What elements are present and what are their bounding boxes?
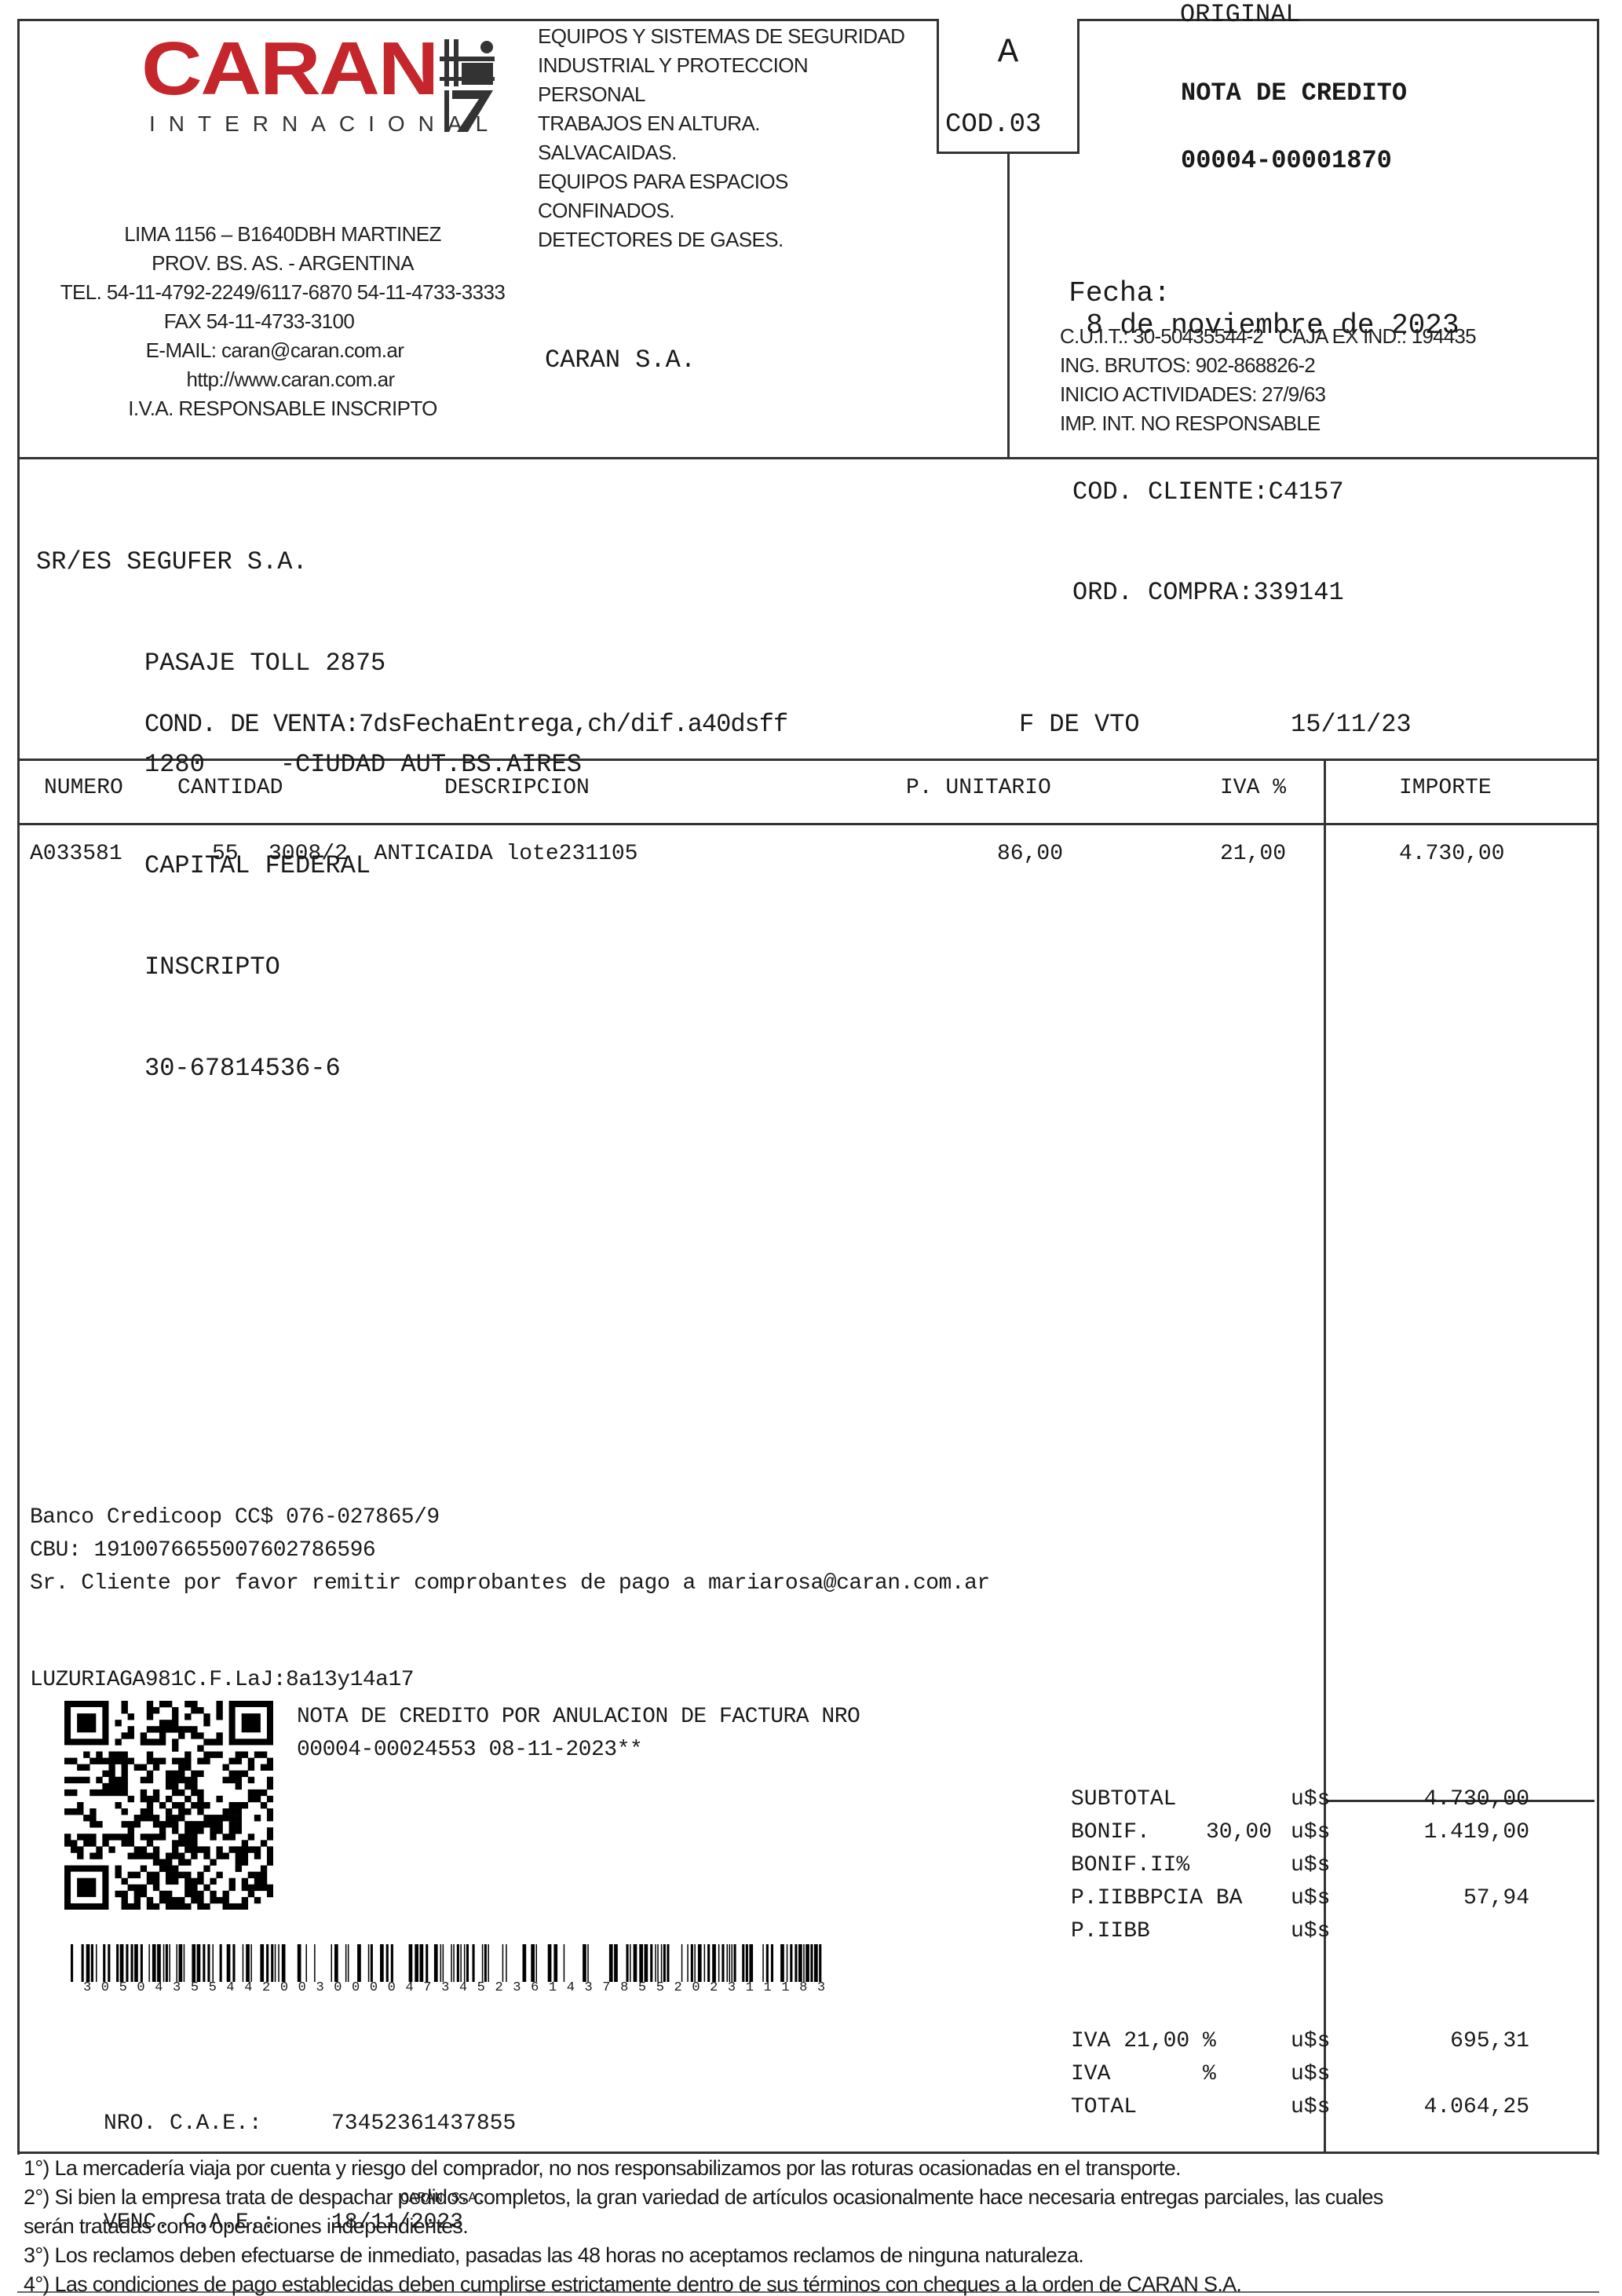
col-header-cantidad: CANTIDAD <box>177 776 283 800</box>
totals-value: 1.419,00 <box>1335 1820 1529 1844</box>
internal-tax-line: IMP. INT. NO RESPONSABLE <box>1060 409 1476 438</box>
totals-label: P.IIBBPCIA BA <box>1071 1886 1242 1910</box>
totals-pct: 30,00 <box>1206 1820 1272 1844</box>
service-item: SALVACAIDAS. <box>538 138 904 167</box>
col-header-numero: NUMERO <box>44 776 123 800</box>
bank-account: Banco Credicoop CC$ 076-027865/9 <box>30 1501 990 1534</box>
cell-cantidad: 55 <box>212 842 239 866</box>
document-number: 00004-00001870 <box>1181 146 1392 175</box>
client-code: COD. CLIENTE:C4157 <box>1072 477 1344 506</box>
totals-label: BONIF. <box>1071 1820 1150 1844</box>
cae-number: 73452361437855 <box>331 2111 516 2136</box>
iibb-line: ING. BRUTOS: 902-868826-2 <box>1060 351 1476 380</box>
document-letter-box: A COD.03 <box>937 19 1080 154</box>
totals-value: 695,31 <box>1335 2029 1529 2053</box>
date-label: Fecha: <box>1069 277 1171 309</box>
totals-currency: u$s <box>1291 1886 1330 1910</box>
totals-currency: u$s <box>1291 2029 1330 2053</box>
due-date-label: F DE VTO <box>1019 710 1140 739</box>
annulment-note: NOTA DE CREDITO POR ANULACION DE FACTURA… <box>297 1701 860 1767</box>
totals-currency: u$s <box>1291 2062 1330 2086</box>
website-line: http://www.caran.com.ar <box>35 365 546 394</box>
totals-value: 57,94 <box>1335 1886 1529 1910</box>
customer-cuit: 30-67814536-6 <box>144 1051 582 1085</box>
address-line: LIMA 1156 – B1640DBH MARTINEZ <box>20 220 546 249</box>
company-tax-info: C.U.I.T.: 30-50435544-2 CAJA EX IND.: 19… <box>1060 322 1476 438</box>
totals-label: IVA 21,00 % <box>1071 2029 1216 2053</box>
activity-start-line: INICIO ACTIVIDADES: 27/9/63 <box>1060 380 1476 409</box>
frame-top <box>17 19 1599 21</box>
due-date: 15/11/23 <box>1291 710 1412 739</box>
logo-wordmark: CARAN <box>141 31 437 107</box>
totals-label: P.IIBB <box>1071 1919 1150 1943</box>
totals-value: 4.064,25 <box>1335 2095 1529 2119</box>
col-header-iva: IVA % <box>1220 776 1286 800</box>
footer-overprint: CARAN S.A. <box>400 2191 485 2206</box>
sale-conditions: COND. DE VENTA:7dsFechaEntrega,ch/dif.a4… <box>144 710 787 739</box>
phone-line: TEL. 54-11-4792-2249/6117-6870 54-11-473… <box>20 278 546 307</box>
service-item: EQUIPOS Y SISTEMAS DE SEGURIDAD <box>538 22 904 51</box>
importe-column-rule <box>1324 759 1326 2153</box>
service-item: DETECTORES DE GASES. <box>538 225 904 254</box>
totals-currency: u$s <box>1291 1787 1330 1812</box>
customer-name: SEGUFER S.A. <box>126 547 307 576</box>
annulment-invoice: 00004-00024553 08-11-2023** <box>297 1734 860 1767</box>
reference-code: LUZURIAGA981C.F.LaJ:8a13y14a17 <box>30 1668 414 1692</box>
term-3: 3°) Los reclamos deben efectuarse de inm… <box>24 2241 1594 2270</box>
totals-currency: u$s <box>1291 2095 1330 2119</box>
company-logo: CARAN INTERNACIONAL <box>141 31 502 141</box>
company-address: LIMA 1156 – B1640DBH MARTINEZ PROV. BS. … <box>20 220 546 423</box>
customer-address: PASAJE TOLL 2875 <box>144 646 582 680</box>
document-letter: A <box>939 33 1077 72</box>
totals-label: TOTAL <box>1071 2095 1137 2119</box>
term-4: 4°) Las condiciones de pago establecidas… <box>24 2270 1594 2296</box>
qr-code-icon <box>64 1701 273 1910</box>
term-1: 1°) La mercadería viaja por cuenta y rie… <box>24 2154 1594 2183</box>
iva-status-line: I.V.A. RESPONSABLE INSCRIPTO <box>20 394 546 423</box>
service-item: CONFINADOS. <box>538 196 904 225</box>
purchase-order: ORD. COMPRA:339141 <box>1072 578 1344 607</box>
copy-label: ORIGINAL <box>1180 0 1301 30</box>
totals-currency: u$s <box>1291 1853 1330 1877</box>
cell-unitario: 86,00 <box>997 842 1063 866</box>
service-item: TRABAJOS EN ALTURA. <box>538 109 904 138</box>
fax-line: FAX 54-11-4733-3100 <box>0 307 546 336</box>
payment-instructions: Sr. Cliente por favor remitir comprobant… <box>30 1567 990 1600</box>
term-2-cont: serán tratadas como operaciones independ… <box>24 2212 1594 2241</box>
email-line: E-MAIL: caran@caran.com.ar <box>4 336 546 365</box>
service-item: PERSONAL <box>538 80 904 109</box>
document-code: COD.03 <box>945 110 1041 140</box>
document-title: NOTA DE CREDITO <box>1181 79 1407 108</box>
barcode-icon <box>71 1944 840 1982</box>
cell-iva: 21,00 <box>1220 842 1286 866</box>
cell-numero: A033581 <box>30 842 122 866</box>
customer-prefix: SR/ES <box>36 547 111 576</box>
cuit-line: C.U.I.T.: 30-50435544-2 CAJA EX IND.: 19… <box>1060 322 1476 351</box>
climber-icon <box>438 31 501 133</box>
totals-label: SUBTOTAL <box>1071 1787 1176 1812</box>
totals-currency: u$s <box>1291 1820 1330 1844</box>
cell-importe: 4.730,00 <box>1399 842 1504 866</box>
header-divider <box>1007 154 1010 459</box>
cell-descripcion: 3008/2 ANTICAIDA lote231105 <box>269 842 637 866</box>
annulment-line: NOTA DE CREDITO POR ANULACION DE FACTURA… <box>297 1701 860 1734</box>
col-header-importe: IMPORTE <box>1399 776 1492 800</box>
col-header-unitario: P. UNITARIO <box>906 776 1051 800</box>
payment-notes: Banco Credicoop CC$ 076-027865/9 CBU: 19… <box>30 1501 990 1600</box>
terms-block: 1°) La mercadería viaja por cuenta y rie… <box>24 2154 1594 2296</box>
totals-value: 4.730,00 <box>1335 1787 1529 1812</box>
totals-currency: u$s <box>1291 1919 1330 1943</box>
services-list: EQUIPOS Y SISTEMAS DE SEGURIDAD INDUSTRI… <box>538 22 904 254</box>
company-legal-name: CARAN S.A. <box>545 345 696 375</box>
address-line: PROV. BS. AS. - ARGENTINA <box>20 249 546 278</box>
service-item: INDUSTRIAL Y PROTECCION <box>538 51 904 80</box>
cae-number-label: NRO. C.A.E.: <box>104 2108 331 2141</box>
service-item: EQUIPOS PARA ESPACIOS <box>538 167 904 196</box>
totals-label: IVA % <box>1071 2062 1216 2086</box>
totals-label: BONIF.II% <box>1071 1853 1189 1877</box>
header-bottom-rule <box>17 457 1599 459</box>
frame-right <box>1597 19 1599 2155</box>
barcode-digits: 3 0 5 0 4 3 5 5 4 4 2 0 0 3 0 0 0 0 4 7 … <box>83 1980 826 1995</box>
term-2: 2°) Si bien la empresa trata de despacha… <box>24 2183 1594 2212</box>
customer-tax-condition: INSCRIPTO <box>144 950 582 984</box>
cbu: CBU: 1910076655007602786596 <box>30 1534 990 1567</box>
col-header-descripcion: DESCRIPCION <box>444 776 590 800</box>
